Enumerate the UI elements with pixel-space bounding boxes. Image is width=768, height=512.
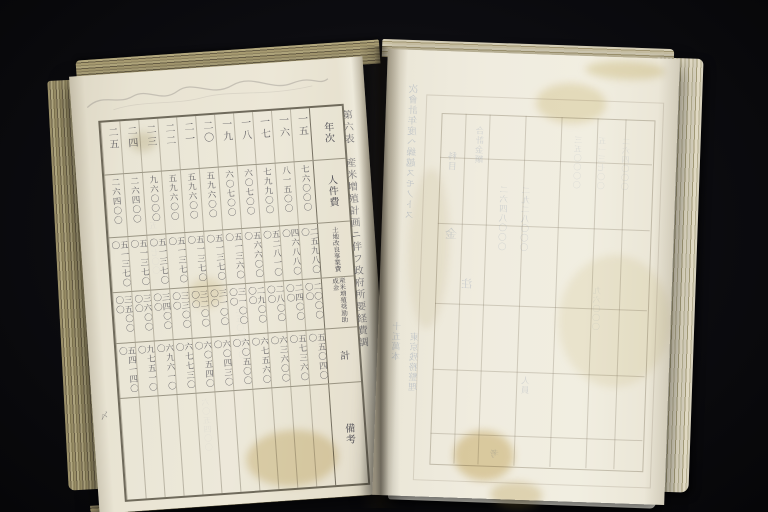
bleed-through-text: 人員 xyxy=(521,376,531,426)
table-cell: 三一〇〇〇〇 xyxy=(207,285,229,336)
table-cell: 二九〇〇〇〇 xyxy=(245,283,267,334)
table-cell: 六七七三〇〇 xyxy=(173,339,196,394)
table-cell: 九七五一〇〇 xyxy=(135,342,158,397)
table-cell: 三三〇〇〇〇 xyxy=(169,288,191,339)
table-cell: 四六八八〇〇 xyxy=(279,225,302,280)
table-cell: 五六六〇〇〇 xyxy=(241,228,264,283)
table-cell: 五一三七〇〇 xyxy=(203,230,226,285)
left-page: 五一三七〇〇三五〇〇〇〇六〇五四〇〇 年次一五一六一七一八一九二〇二一二二二三二… xyxy=(69,56,393,512)
table-cell: 五一三七〇〇 xyxy=(165,233,188,288)
table-cell: 六三六〇〇〇 xyxy=(267,332,290,387)
table-cell: 三四〇〇〇〇 xyxy=(150,289,172,340)
table-cell: 六〇四三〇〇 xyxy=(211,336,234,391)
table-cell: 二八〇〇〇〇 xyxy=(264,281,286,332)
table-cell: 六九六一〇〇 xyxy=(154,340,177,395)
bleed-through-text: 金 xyxy=(445,227,458,253)
photo-background: 五一三七〇〇三五〇〇〇〇六〇五四〇〇 年次一五一六一七一八一九二〇二一二二二三二… xyxy=(0,0,768,512)
bleed-through-text: 注 xyxy=(461,278,473,304)
table-cell: 二〇〇〇〇〇 xyxy=(302,279,324,330)
margin-mark: 〆 xyxy=(96,410,110,421)
table-cell: 五二八一〇〇 xyxy=(260,227,283,282)
table-cell: 六〇五〇〇〇 xyxy=(230,335,253,390)
table-cell: 五一三六〇〇 xyxy=(222,229,245,284)
stain xyxy=(490,481,543,509)
table-cell: 五七三六〇〇 xyxy=(286,331,309,386)
table-cell: 五四一四〇〇 xyxy=(116,343,139,398)
table-cell: 三二〇〇〇〇 xyxy=(188,287,210,338)
table-cell: 五一三七〇〇 xyxy=(146,234,169,289)
table-cell: 三六〇〇〇〇 xyxy=(131,291,153,342)
table-cell: 五一三七〇〇 xyxy=(184,232,207,287)
stain xyxy=(585,60,666,81)
table-row: 備考 xyxy=(120,382,368,500)
table-cell: 五一三七〇〇 xyxy=(127,236,150,291)
table-cell: 三一〇〇〇〇 xyxy=(226,284,248,335)
table-cell: 二五九八〇〇 xyxy=(298,224,321,279)
table-cell: 二四〇〇〇〇 xyxy=(283,280,305,331)
table-cell: 六〇五四〇〇 xyxy=(192,338,215,393)
table-cell: 六七五六〇〇 xyxy=(249,334,272,389)
table-cell: 三五〇〇〇〇 xyxy=(112,292,134,343)
table-cell: 五五〇四〇〇 xyxy=(305,330,328,385)
bleed-through-text: 考 xyxy=(491,449,501,469)
table-cell: 五一三七〇〇 xyxy=(108,237,131,292)
right-page: 次會計年度ヘ繰越スモノトス科目金注合計金額二六四八〇〇〇二九二八〇〇〇人員十五萬… xyxy=(372,49,679,505)
expense-table: 年次一五一六一七一八一九二〇二一二二二三二四二五人件費七六〇〇〇八一五〇〇七九九… xyxy=(98,104,370,502)
